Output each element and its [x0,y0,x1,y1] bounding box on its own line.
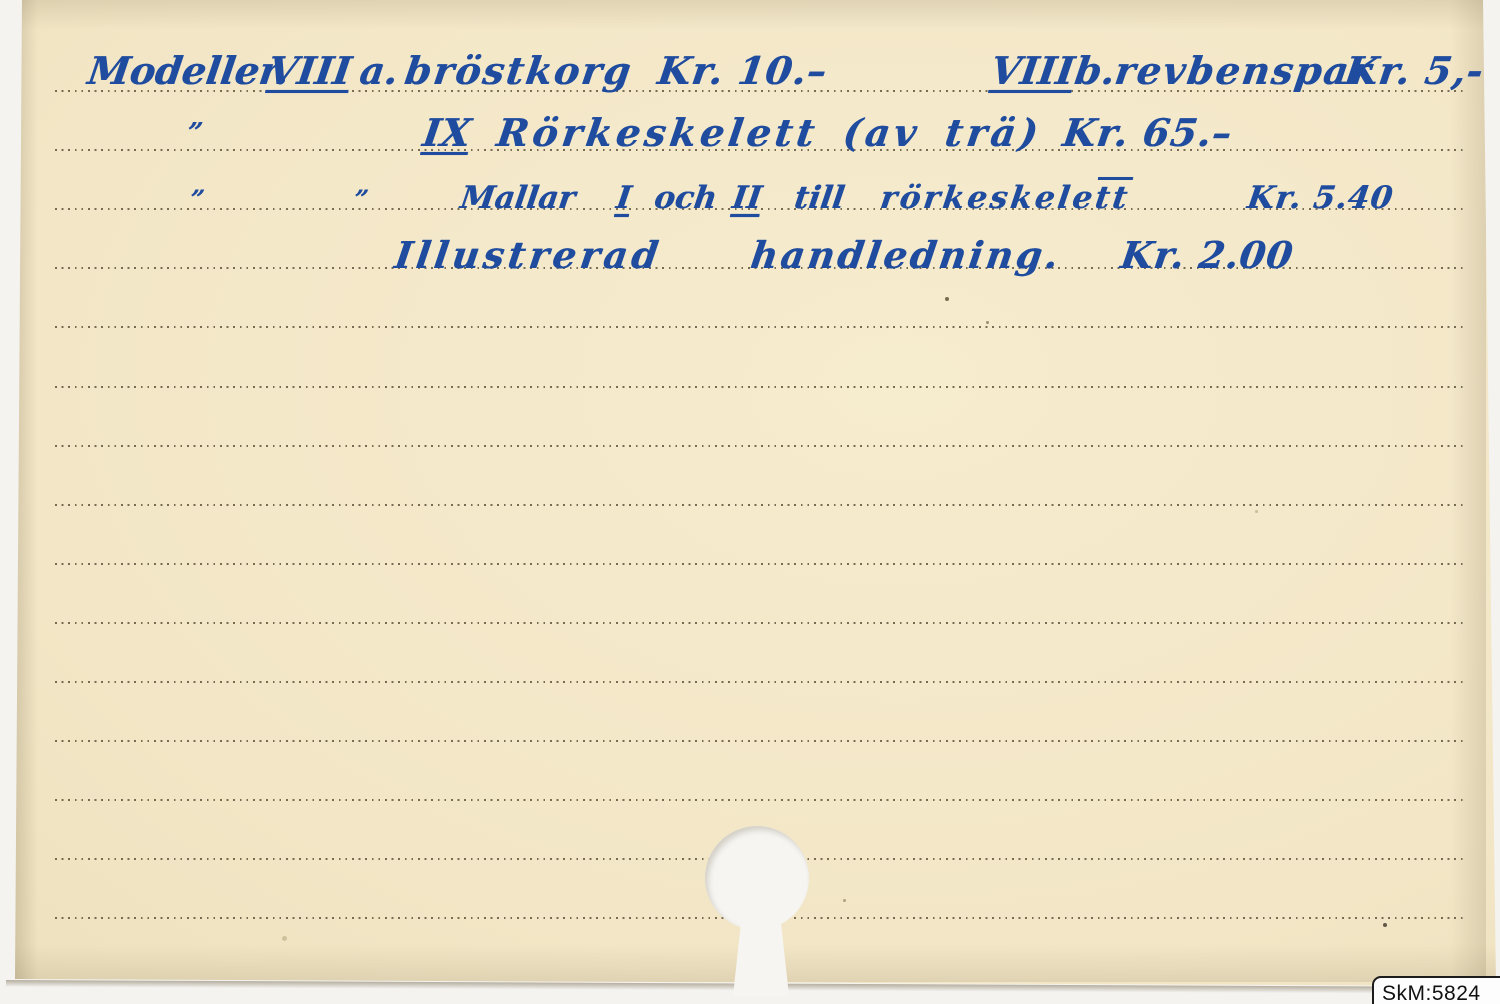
scanned-index-card-photo: Modeller. VIII a. bröstkorg Kr. 10.– VII… [0,0,1500,1004]
ruled-line [55,740,1463,742]
word-part: rörkeskele [878,180,1098,216]
punch-hole-stem [733,924,789,996]
price: Kr. 65.– [1060,110,1235,155]
catalog-word: Modeller. [85,48,292,93]
ditto-mark: ” [185,118,204,148]
ruled-line [55,563,1463,565]
roman-numeral: IX [420,110,474,155]
ruled-line [55,622,1463,624]
ruled-line [55,445,1463,447]
price: Kr. 5.40 [1245,180,1396,216]
ruled-line [55,681,1463,683]
roman-numeral: I [614,180,634,216]
inventory-number-label: SkM:5824 [1372,976,1500,1004]
paper-speck [945,297,949,301]
paper-speck [1255,510,1258,513]
paper-speck [986,321,989,324]
item-word: Illustrerad [392,233,665,277]
paper-speck [282,936,287,941]
ruled-line [55,326,1463,328]
price: Kr. 2.00 [1118,233,1296,277]
ruled-line [55,386,1463,388]
item-word: Rörkeskelett (av trä) [494,110,1045,155]
item-word: bröstkorg [402,48,635,93]
item-word: rörkeskelett [878,180,1132,216]
inventory-number: SkM:5824 [1382,982,1481,1004]
roman-numeral: II [730,180,764,216]
price: Kr. 5,- [1342,48,1487,93]
item-word: och [652,180,719,216]
ruled-line [55,504,1463,506]
word-part-doubled-consonant: tt [1093,180,1133,216]
card-left-shading [14,0,38,1004]
ruled-line [55,799,1463,801]
item-word: till [792,180,847,216]
price: Kr. 10.– [655,48,830,93]
roman-numeral: VIII [265,48,354,93]
punch-hole-circle [705,826,809,930]
item-word: Mallar [458,180,577,216]
roman-numeral: VIII [988,48,1077,93]
paper-speck [843,899,846,902]
letter-label: a. [357,48,401,93]
paper-speck [1383,923,1387,927]
card-top-shading [0,0,1500,30]
item-word: handledning. [748,233,1064,277]
letter-label: b. [1072,48,1118,93]
item-word: revbenspar [1112,48,1376,93]
